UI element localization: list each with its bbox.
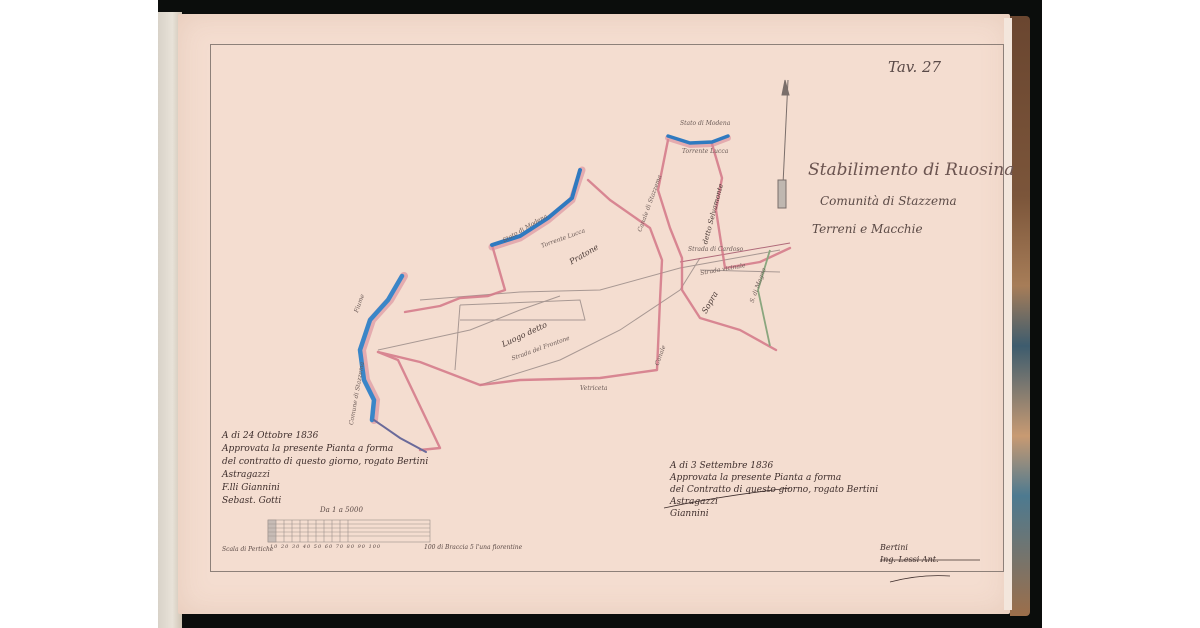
scale-right-label: 100 di Braccia 5 l'una fiorentine (424, 544, 522, 551)
green-boundary (758, 250, 770, 346)
label-vetriceta: Vetriceta (580, 385, 607, 392)
approval-note-left: A di 24 Ottobre 1836 Approvata la presen… (222, 430, 428, 508)
scale-bar (268, 520, 430, 542)
north-arrow-icon (778, 80, 789, 208)
scale-left-label: Scala di Pertiche (222, 546, 273, 553)
map-description: Terreni e Macchie (812, 222, 923, 236)
rivers (360, 136, 728, 452)
surveyor-signature: Bertini Ing. Lessi Ant. (880, 542, 939, 566)
map-drawing (0, 0, 1200, 628)
map-title: Stabilimento di Ruosina (808, 160, 1014, 180)
label-torrente-2: Torrente Lucca (682, 148, 728, 155)
approval-note-right: A di 3 Settembre 1836 Approvata la prese… (670, 460, 878, 520)
scale-title: Da 1 a 5000 (320, 506, 363, 514)
label-strada-cardoso: Strada di Cardoso (688, 246, 743, 253)
map-subtitle: Comunità di Stazzema (820, 194, 957, 208)
property-boundaries (378, 140, 790, 450)
scale-ticks: 10 20 30 40 50 60 70 80 90 100 (270, 544, 381, 550)
label-stato-modena-2: Stato di Modena (680, 120, 730, 127)
plate-number: Tav. 27 (888, 58, 941, 76)
